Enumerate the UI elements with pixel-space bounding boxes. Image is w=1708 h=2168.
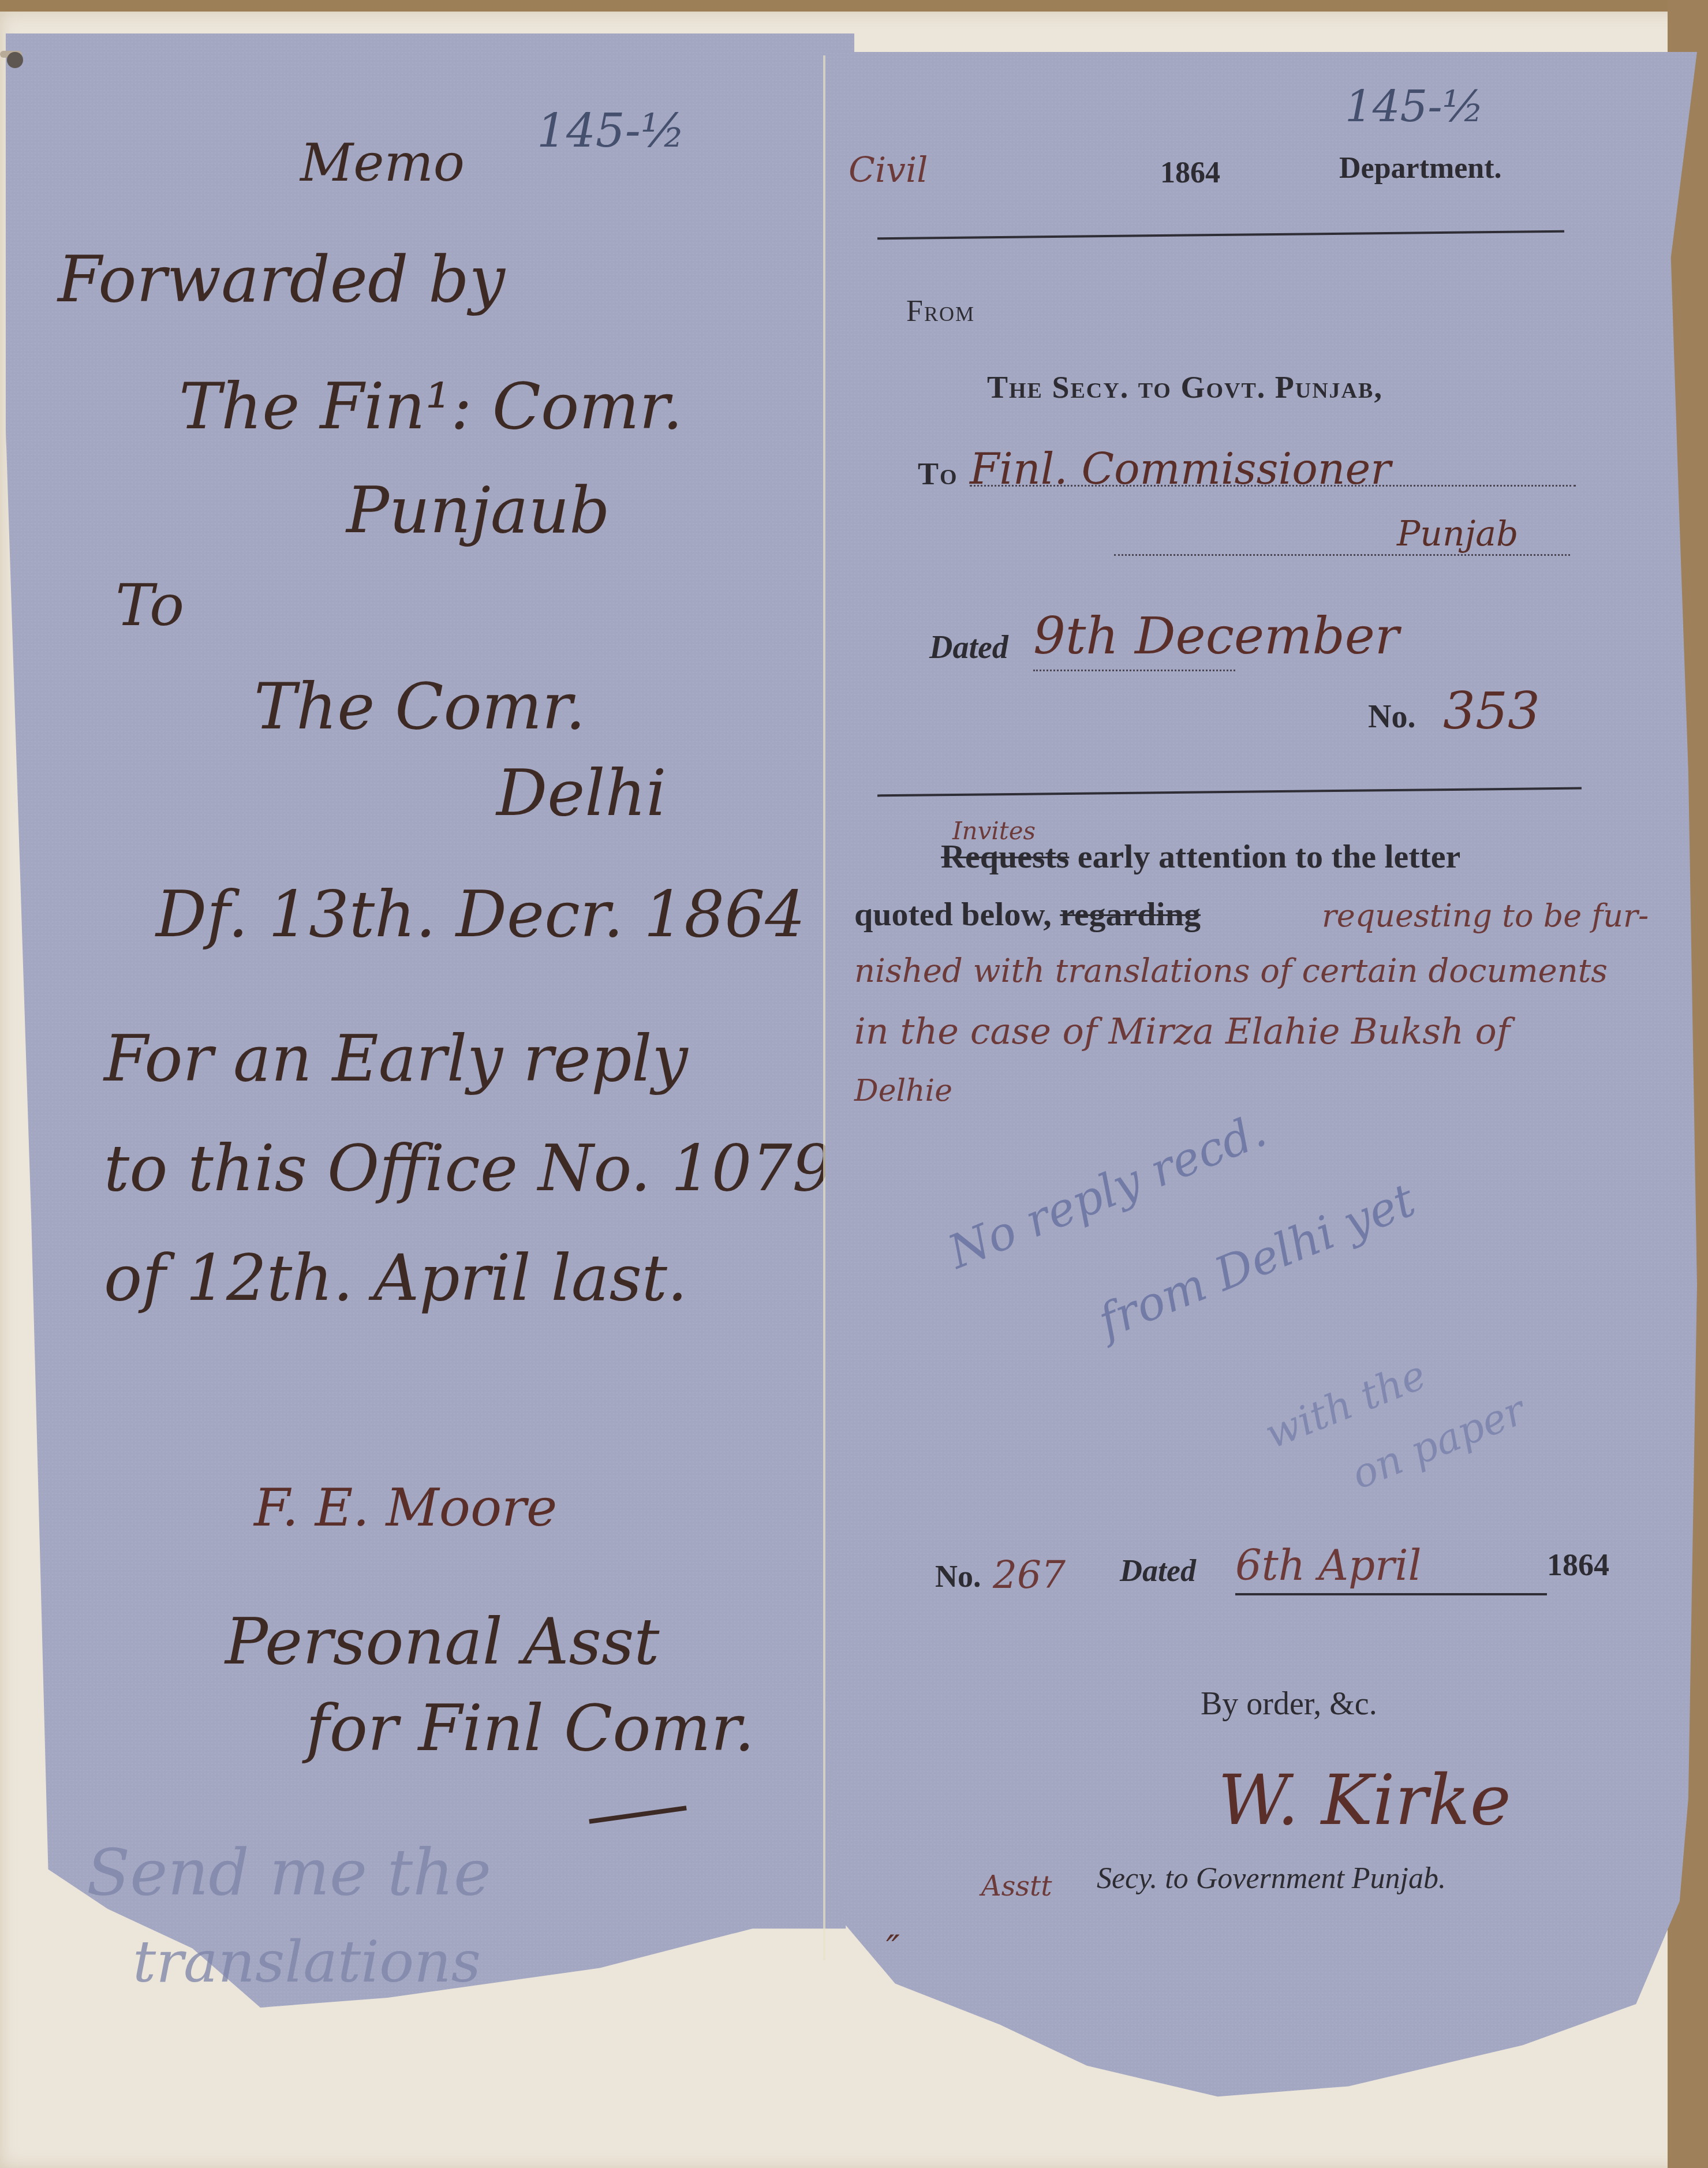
ref-dated-value: 6th April <box>1235 1541 1422 1590</box>
to-value: Finl. Commissioner <box>970 444 1391 494</box>
form-year: 1864 <box>1160 156 1220 190</box>
body-printed-line2: quoted below, regarding <box>854 895 1201 933</box>
body-line1-rest: early attention to the letter <box>1078 838 1461 875</box>
kirke-signature: W. Kirke <box>1218 1760 1511 1841</box>
form-department: Department. <box>1339 151 1502 185</box>
body-line2-quoted: quoted below, <box>854 895 1052 933</box>
body-hand-line5: Delhie <box>854 1074 952 1108</box>
dated-line <box>1033 670 1235 671</box>
to-line-2 <box>1114 554 1570 556</box>
ref-dated-underline <box>1235 1593 1547 1595</box>
memo-line-forwarded: Forwarded by <box>58 242 505 316</box>
memo-line-from: The Fin¹: Comr. <box>179 369 683 443</box>
to-value-line2: Punjab <box>1397 514 1518 554</box>
ref-number-value: 267 <box>993 1553 1066 1597</box>
civil-annotation: Civil <box>849 150 928 190</box>
board-top <box>0 0 1708 12</box>
memo-line-to: To <box>115 571 184 639</box>
from-label: From <box>906 294 975 328</box>
body-hand-line3: nished with translations of certain docu… <box>854 952 1608 990</box>
body-hand-line2: requesting to be fur- <box>1322 898 1649 934</box>
memo-line-april: of 12th. April last. <box>104 1241 687 1315</box>
closing-by-order: By order, &c. <box>1201 1685 1377 1722</box>
memo-sig-title-1: Personal Asst <box>225 1605 660 1679</box>
left-file-number: 145-½ <box>537 104 685 158</box>
binding-hole <box>7 52 23 68</box>
left-pencil-note-2: translations <box>133 1928 481 1995</box>
struck-requests: Requests <box>941 838 1069 875</box>
ref-dated-label: Dated <box>1120 1553 1196 1588</box>
page-gap <box>823 55 825 1960</box>
to-label: To <box>918 456 958 492</box>
bottom-tick-mark: ″ <box>886 1928 900 1971</box>
to-line-1 <box>970 485 1576 487</box>
sig-title-hand: Asstt <box>981 1870 1052 1902</box>
body-printed-line1: Requests early attention to the letter <box>941 837 1460 876</box>
ref-number-label: No. <box>935 1558 981 1594</box>
number-label: No. <box>1368 698 1415 735</box>
memo-title: Memo <box>300 133 465 193</box>
number-value: 353 <box>1443 681 1540 741</box>
ref-year: 1864 <box>1547 1547 1609 1583</box>
memo-signature: F. E. Moore <box>254 1478 557 1538</box>
struck-regarding: regarding <box>1060 895 1201 933</box>
memo-line-request: For an Early reply <box>104 1022 688 1096</box>
memo-line-office: to this Office No. 1079 <box>104 1131 832 1205</box>
right-file-number: 145-½ <box>1345 81 1484 132</box>
memo-line-date: Df. 13th. Decr. 1864 <box>156 877 805 951</box>
memo-line-punjaub: Punjaub <box>346 473 610 547</box>
left-pencil-note-1: Send me the <box>87 1836 491 1909</box>
dated-value: 9th December <box>1033 606 1399 666</box>
memo-line-recipient: The Comr. <box>254 670 585 743</box>
body-hand-line4: in the case of Mirza Elahie Buksh of <box>854 1010 1510 1052</box>
memo-line-delhi: Delhi <box>496 756 667 830</box>
sig-title-print: Secy. to Government Punjab. <box>1097 1862 1446 1896</box>
memo-sig-title-2: for Finl Comr. <box>306 1691 754 1765</box>
from-value: The Secy. to Govt. Punjab, <box>987 369 1383 405</box>
dated-label: Dated <box>929 629 1008 666</box>
